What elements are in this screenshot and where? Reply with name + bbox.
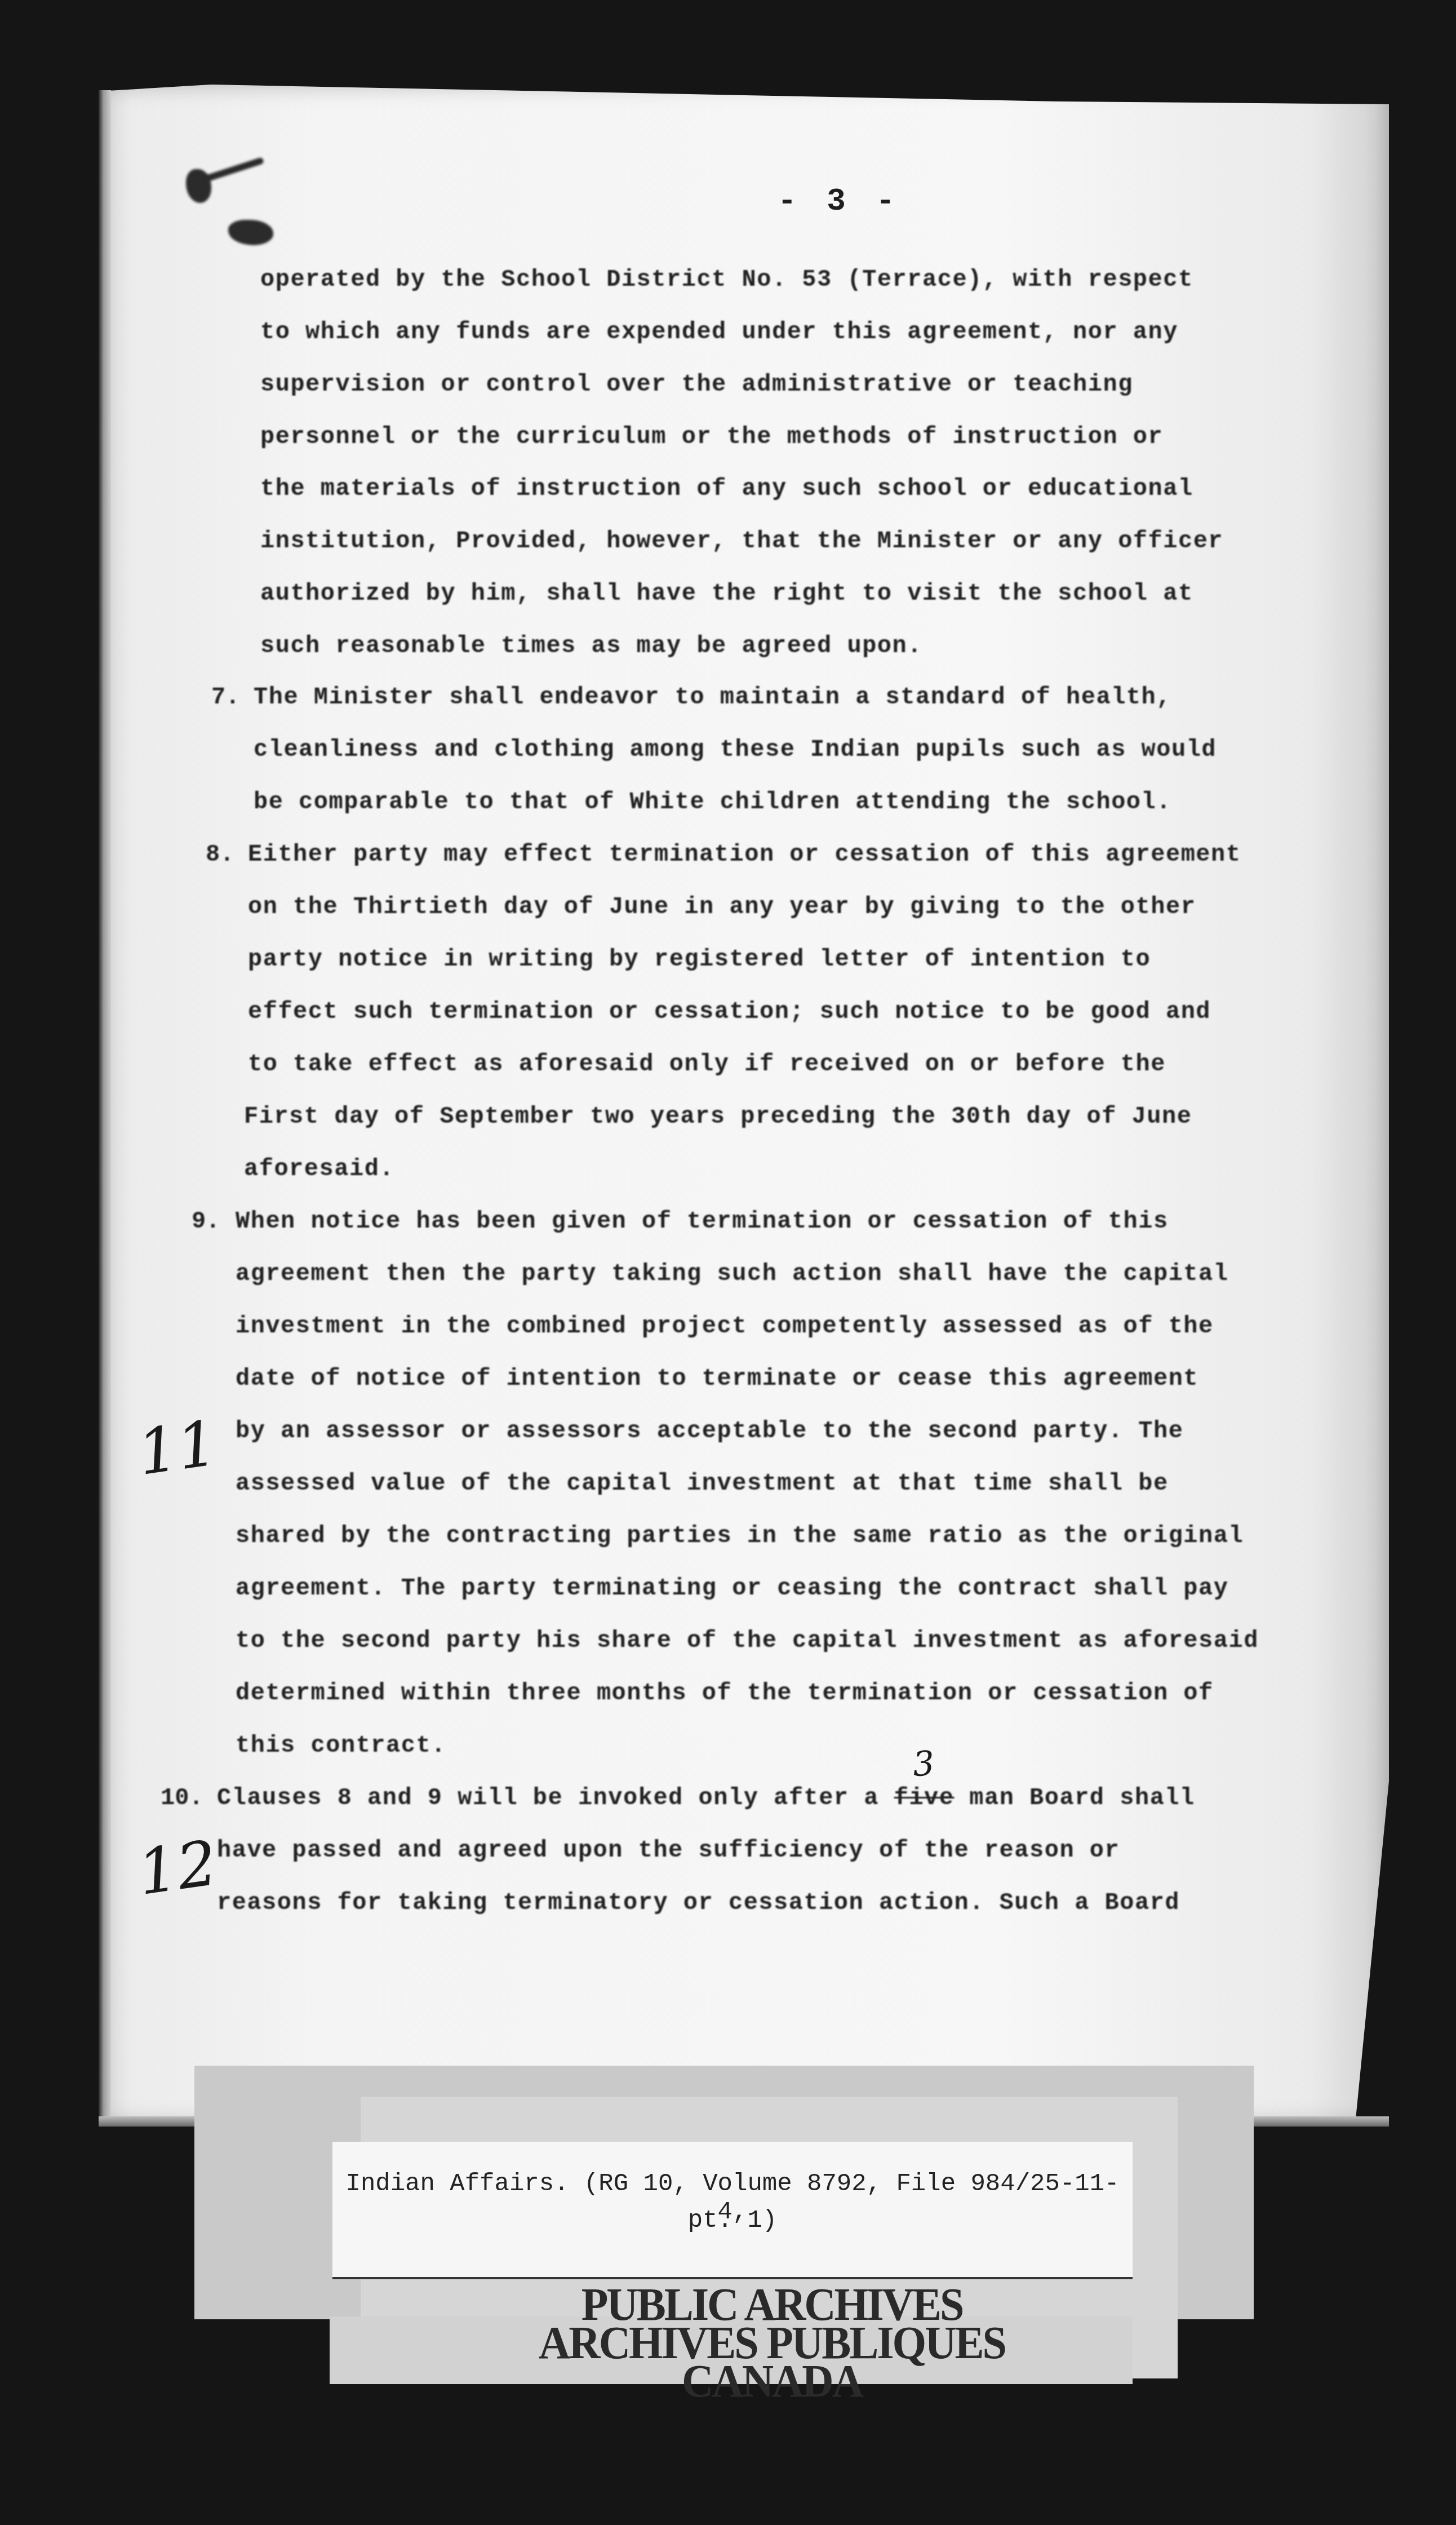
text-line: the materials of instruction of any such… [260,475,1193,502]
text-segment: man Board shall [955,1784,1195,1811]
archive-reference-line-2: pt. 1) [332,2207,1133,2235]
text-line: party notice in writing by registered le… [248,946,1151,973]
text-line: this contract. [236,1732,446,1759]
text-line: on the Thirtieth day of June in any year… [248,893,1196,920]
text-line: agreement. The party terminating or ceas… [236,1575,1228,1602]
text-line: agreement then the party taking such act… [236,1260,1228,1287]
text-line: When notice has been given of terminatio… [236,1208,1169,1235]
item-number-7: 7. [211,684,239,711]
text-line: be comparable to that of White children … [254,788,1171,816]
handwritten-margin-mark-12: 12 [134,1827,221,1909]
text-segment: Clauses 8 and 9 will be invoked only aft… [217,1784,894,1811]
text-line: have passed and agreed upon the sufficie… [217,1837,1120,1864]
text-line: authorized by him, shall have the right … [260,580,1193,607]
text-line: assessed value of the capital investment… [236,1470,1169,1497]
text-line: aforesaid. [244,1155,394,1182]
page-number: - 3 - [778,183,900,219]
text-line: supervision or control over the administ… [260,371,1133,398]
text-line: Either party may effect termination or c… [248,841,1241,868]
text-line: date of notice of intention to terminate… [236,1365,1198,1392]
text-line: The Minister shall endeavor to maintain … [254,684,1171,711]
item-number-8: 8. [206,841,234,868]
text-line: determined within three months of the te… [236,1680,1214,1707]
text-line: institution, Provided, however, that the… [260,528,1223,555]
text-line: to the second party his share of the cap… [236,1627,1259,1654]
page-left-edge [99,90,111,2119]
text-line: to which any funds are expended under th… [260,318,1178,345]
text-line-with-correction: Clauses 8 and 9 will be invoked only aft… [217,1784,1195,1811]
handwritten-margin-mark-11: 11 [134,1407,221,1489]
text-line: such reasonable times as may be agreed u… [260,632,922,659]
text-line: to take effect as aforesaid only if rece… [248,1051,1166,1078]
text-line: operated by the School District No. 53 (… [260,266,1193,293]
archive-reference-label: Indian Affairs. (RG 10, Volume 8792, Fil… [332,2142,1133,2279]
text-line: investment in the combined project compe… [236,1313,1214,1340]
text-line: reasons for taking terminatory or cessat… [217,1889,1180,1916]
handwritten-correction-3: 3 [912,1744,936,1784]
text-line: personnel or the curriculum or the metho… [260,423,1163,450]
text-line: First day of September two years precedi… [244,1103,1192,1130]
text-line: effect such termination or cessation; su… [248,998,1211,1025]
struck-word: five [894,1784,955,1811]
item-number-9: 9. [192,1208,220,1235]
item-number-10: 10. [161,1784,203,1811]
text-line: shared by the contracting parties in the… [236,1522,1244,1549]
text-line: cleanliness and clothing among these Ind… [254,736,1217,763]
text-line: by an assessor or assessors acceptable t… [236,1417,1183,1445]
archive-stamp-line-3: CANADA [363,2358,1180,2404]
